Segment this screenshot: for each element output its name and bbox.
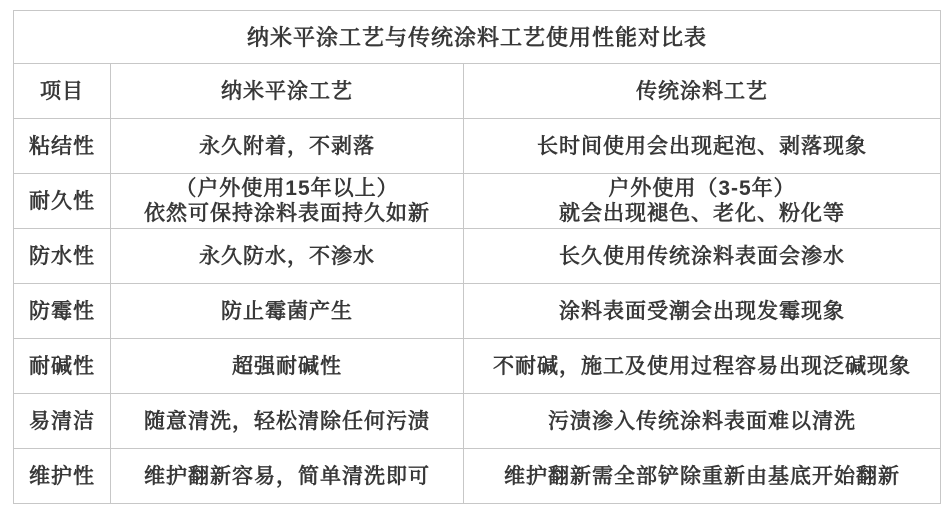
column-header-nano-process: 纳米平涂工艺 xyxy=(111,64,464,119)
traditional-cell: 不耐碱，施工及使用过程容易出现泛碱现象 xyxy=(464,339,941,394)
table-row-mildew-resistance: 防霉性 防止霉菌产生 涂料表面受潮会出现发霉现象 xyxy=(14,284,941,339)
table-row-adhesion: 粘结性 永久附着，不剥落 长时间使用会出现起泡、剥落现象 xyxy=(14,119,941,174)
table-title: 纳米平涂工艺与传统涂料工艺使用性能对比表 xyxy=(14,11,941,64)
nano-cell: 永久防水，不渗水 xyxy=(111,229,464,284)
nano-cell: 维护翻新容易，简单清洗即可 xyxy=(111,449,464,504)
nano-cell: 防止霉菌产生 xyxy=(111,284,464,339)
traditional-cell: 污渍渗入传统涂料表面难以清洗 xyxy=(464,394,941,449)
traditional-cell: 涂料表面受潮会出现发霉现象 xyxy=(464,284,941,339)
row-label: 防水性 xyxy=(14,229,111,284)
table-header-row: 项目 纳米平涂工艺 传统涂料工艺 xyxy=(14,64,941,119)
nano-cell: 永久附着，不剥落 xyxy=(111,119,464,174)
row-label: 耐碱性 xyxy=(14,339,111,394)
traditional-cell: 户外使用（3-5年） 就会出现褪色、老化、粉化等 xyxy=(464,174,941,229)
table-row-maintenance: 维护性 维护翻新容易，简单清洗即可 维护翻新需全部铲除重新由基底开始翻新 xyxy=(14,449,941,504)
row-label: 防霉性 xyxy=(14,284,111,339)
table-row-waterproof: 防水性 永久防水，不渗水 长久使用传统涂料表面会渗水 xyxy=(14,229,941,284)
nano-cell: 超强耐碱性 xyxy=(111,339,464,394)
traditional-cell: 维护翻新需全部铲除重新由基底开始翻新 xyxy=(464,449,941,504)
traditional-cell: 长久使用传统涂料表面会渗水 xyxy=(464,229,941,284)
nano-cell: 随意清洗，轻松清除任何污渍 xyxy=(111,394,464,449)
table-row-easy-cleaning: 易清洁 随意清洗，轻松清除任何污渍 污渍渗入传统涂料表面难以清洗 xyxy=(14,394,941,449)
row-label: 粘结性 xyxy=(14,119,111,174)
comparison-table-page: 纳米平涂工艺与传统涂料工艺使用性能对比表 项目 纳米平涂工艺 传统涂料工艺 粘结… xyxy=(0,0,950,513)
row-label: 维护性 xyxy=(14,449,111,504)
traditional-cell: 长时间使用会出现起泡、剥落现象 xyxy=(464,119,941,174)
table-row-durability: 耐久性 （户外使用15年以上） 依然可保持涂料表面持久如新 户外使用（3-5年）… xyxy=(14,174,941,229)
column-header-traditional-process: 传统涂料工艺 xyxy=(464,64,941,119)
column-header-item: 项目 xyxy=(14,64,111,119)
comparison-table: 纳米平涂工艺与传统涂料工艺使用性能对比表 项目 纳米平涂工艺 传统涂料工艺 粘结… xyxy=(13,10,941,504)
table-title-row: 纳米平涂工艺与传统涂料工艺使用性能对比表 xyxy=(14,11,941,64)
nano-cell: （户外使用15年以上） 依然可保持涂料表面持久如新 xyxy=(111,174,464,229)
row-label: 易清洁 xyxy=(14,394,111,449)
table-row-alkali-resistance: 耐碱性 超强耐碱性 不耐碱，施工及使用过程容易出现泛碱现象 xyxy=(14,339,941,394)
row-label: 耐久性 xyxy=(14,174,111,229)
